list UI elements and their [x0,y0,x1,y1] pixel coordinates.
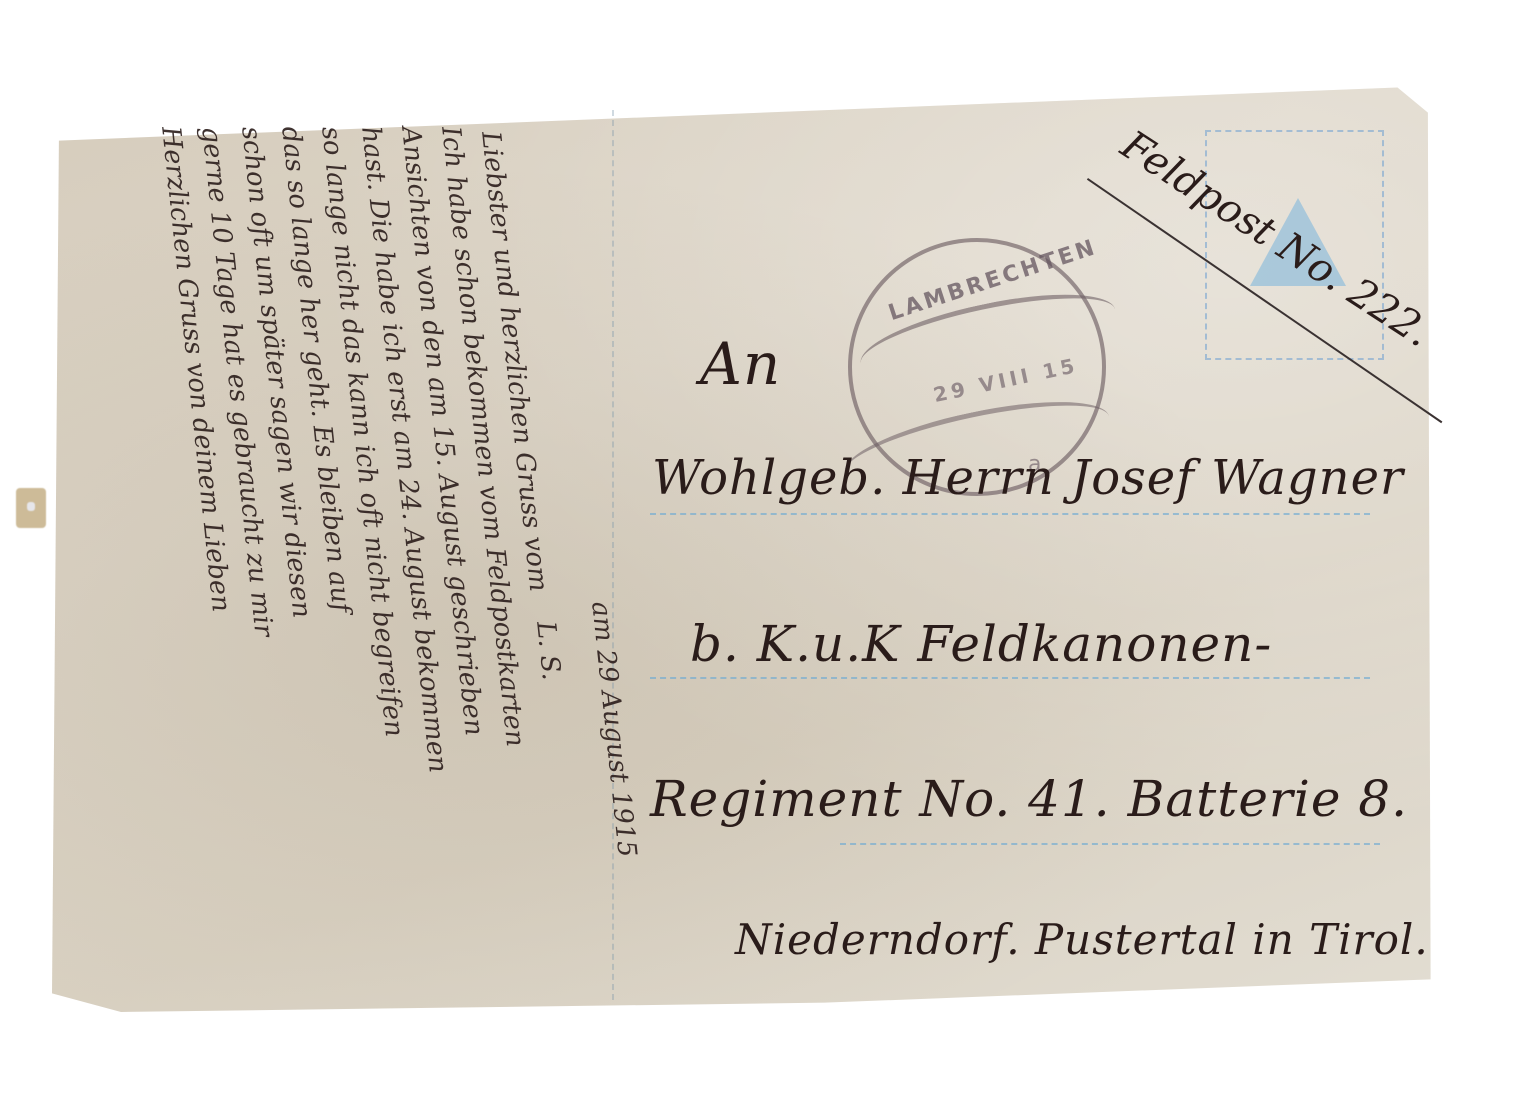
address-line-2: b. K.u.K Feldkanonen- [690,615,1272,673]
address-guide-line [840,843,1380,845]
message-closing-initials: L. S. [530,620,566,682]
address-guide-line [650,677,1370,679]
message-section: am 29 August 1915 L. S. Liebster und her… [80,110,600,990]
address-line-3: Regiment No. 41. Batterie 8. [650,770,1408,828]
address-salutation: An [700,330,781,398]
address-line-4: Niederndorf. Pustertal in Tirol. [735,915,1429,964]
card-tab-remnant [16,488,46,528]
address-line-1: Wohlgeb. Herrn Josef Wagner [652,450,1404,506]
message-address-divider [612,110,614,1000]
address-guide-line [650,513,1370,515]
